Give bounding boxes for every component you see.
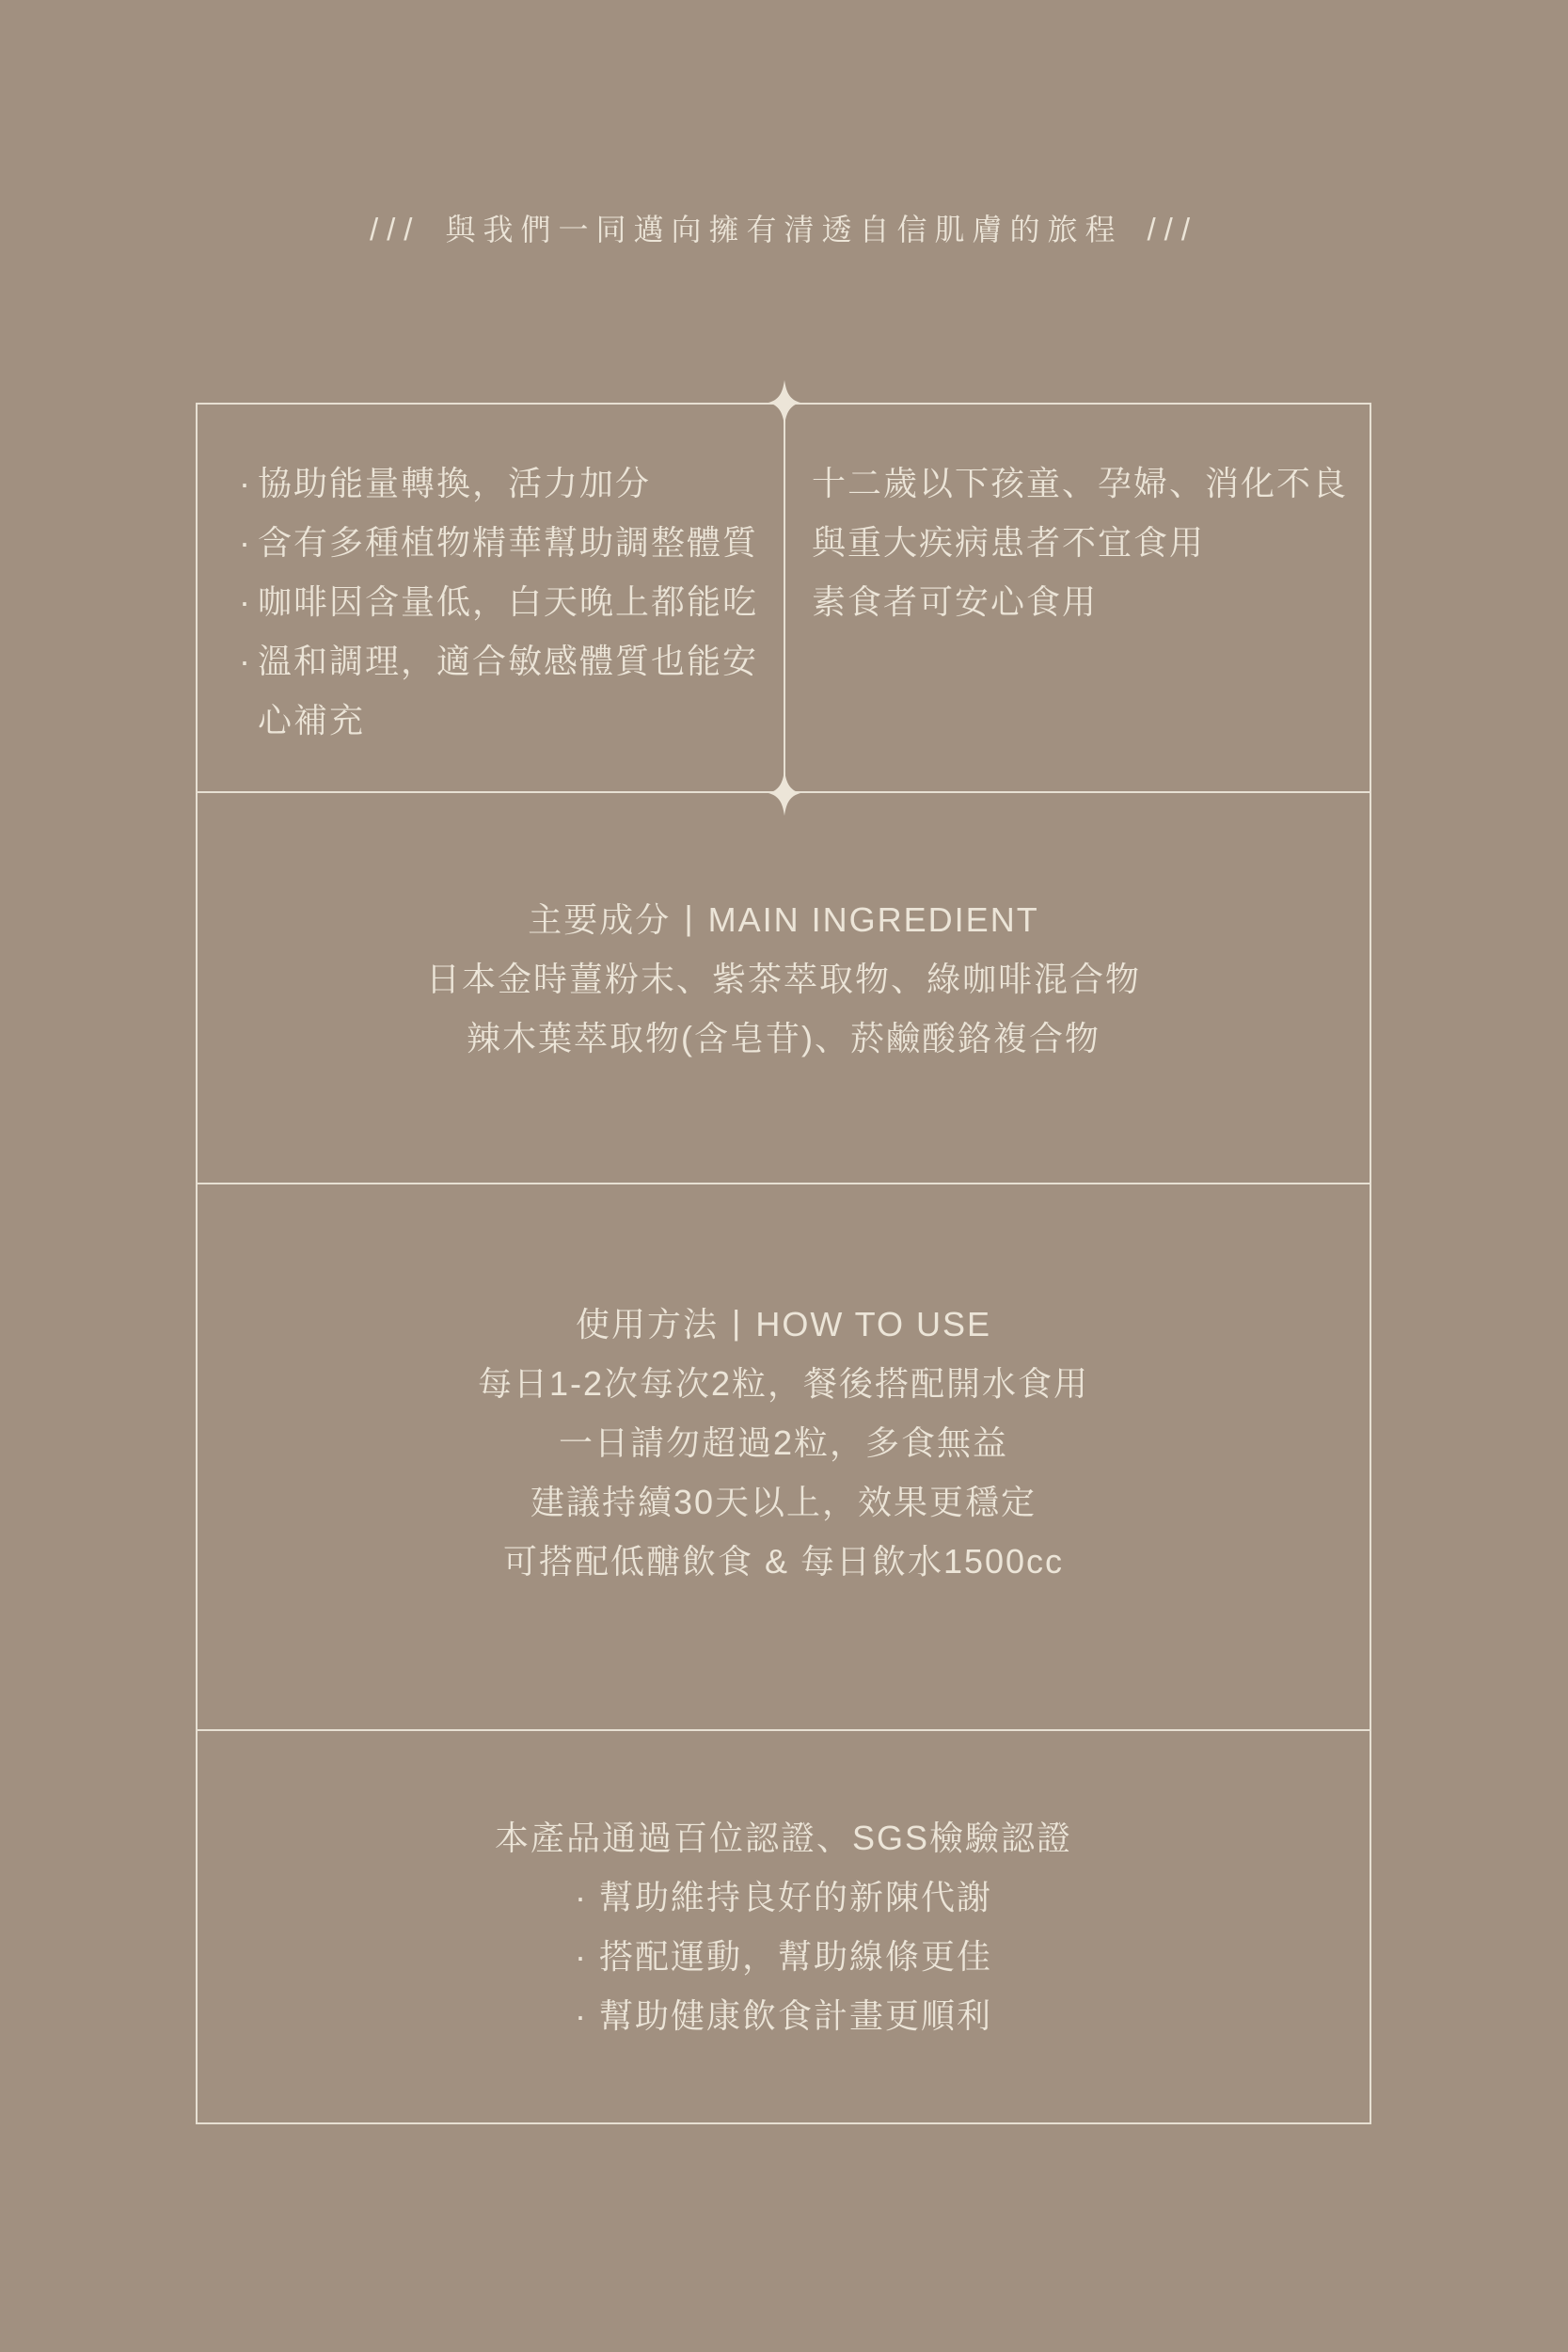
page-title: 與我們一同邁向擁有清透自信肌膚的旅程 bbox=[445, 209, 1122, 250]
usage-heading-zh: 使用方法 bbox=[576, 1305, 719, 1343]
usage-line: 可搭配低醣飲食 & 每日飲水1500cc bbox=[503, 1532, 1064, 1591]
bullet-dot: · bbox=[239, 513, 258, 572]
benefit-text: 溫和調理，適合敏感體質也能安心補充 bbox=[258, 631, 773, 750]
usage-section: 使用方法|HOW TO USE 每日1-2次每次2粒，餐後搭配開水食用 一日請勿… bbox=[198, 1184, 1370, 1731]
certification-text: 幫助維持良好的新陳代謝 bbox=[599, 1867, 992, 1927]
warning-line: 與重大疾病患者不宜食用 bbox=[812, 513, 1360, 572]
bullet-dot: · bbox=[239, 453, 258, 513]
usage-heading-en: HOW TO USE bbox=[755, 1305, 991, 1343]
usage-line: 每日1-2次每次2粒，餐後搭配開水食用 bbox=[478, 1354, 1089, 1413]
ingredient-line: 日本金時薑粉末、紫茶萃取物、綠咖啡混合物 bbox=[426, 949, 1141, 1009]
ingredient-line: 辣木葉萃取物(含皂苷)、菸鹼酸鉻複合物 bbox=[467, 1009, 1101, 1068]
benefit-text: 協助能量轉換，活力加分 bbox=[258, 453, 773, 513]
certification-section: 本產品通過百位認證、SGS檢驗認證 · 幫助維持良好的新陳代謝 · 搭配運動，幫… bbox=[198, 1731, 1370, 2122]
bullet-dot: · bbox=[575, 1986, 588, 2045]
benefit-item: · 咖啡因含量低，白天晚上都能吃 bbox=[239, 572, 784, 631]
warning-line: 素食者可安心食用 bbox=[812, 572, 1360, 631]
usage-line: 一日請勿超過2粒，多食無益 bbox=[559, 1413, 1008, 1472]
benefit-text: 含有多種植物精華幫助調整體質 bbox=[258, 513, 773, 572]
certification-item: · 幫助健康飲食計畫更順利 bbox=[575, 1986, 992, 2045]
decor-slashes-left: /// bbox=[370, 209, 421, 250]
decor-slashes-right: /// bbox=[1148, 209, 1199, 250]
ingredients-heading: 主要成分|MAIN INGREDIENT bbox=[528, 890, 1038, 949]
certification-heading: 本產品通過百位認證、SGS檢驗認證 bbox=[495, 1808, 1072, 1867]
certification-text: 搭配運動，幫助線條更佳 bbox=[599, 1927, 992, 1986]
ingredients-section: 主要成分|MAIN INGREDIENT 日本金時薑粉末、紫茶萃取物、綠咖啡混合… bbox=[198, 791, 1370, 1184]
bullet-dot: · bbox=[239, 572, 258, 631]
usage-line: 建議持續30天以上，效果更穩定 bbox=[531, 1472, 1037, 1532]
benefit-text: 咖啡因含量低，白天晚上都能吃 bbox=[258, 572, 773, 631]
certification-text: 幫助健康飲食計畫更順利 bbox=[599, 1986, 992, 2045]
certification-item: · 搭配運動，幫助線條更佳 bbox=[575, 1927, 992, 1986]
warnings-column: 十二歲以下孩童、孕婦、消化不良 與重大疾病患者不宜食用 素食者可安心食用 bbox=[785, 405, 1370, 793]
benefit-item: · 協助能量轉換，活力加分 bbox=[239, 453, 784, 513]
benefit-item: · 含有多種植物精華幫助調整體質 bbox=[239, 513, 784, 572]
usage-heading: 使用方法|HOW TO USE bbox=[576, 1295, 991, 1354]
bullet-dot: · bbox=[575, 1927, 588, 1986]
ingredients-heading-en: MAIN INGREDIENT bbox=[708, 900, 1039, 939]
benefits-warnings-section: · 協助能量轉換，活力加分 · 含有多種植物精華幫助調整體質 · 咖啡因含量低，… bbox=[198, 405, 1370, 793]
bullet-dot: · bbox=[575, 1867, 588, 1927]
ingredients-heading-zh: 主要成分 bbox=[528, 900, 671, 939]
content-panel: · 協助能量轉換，活力加分 · 含有多種植物精華幫助調整體質 · 咖啡因含量低，… bbox=[196, 403, 1371, 2124]
benefit-item: · 溫和調理，適合敏感體質也能安心補充 bbox=[239, 631, 784, 750]
product-info-page: /// 與我們一同邁向擁有清透自信肌膚的旅程 /// · 協助能量轉換，活力加分… bbox=[0, 0, 1568, 2352]
warning-line: 十二歲以下孩童、孕婦、消化不良 bbox=[812, 453, 1360, 513]
benefits-column: · 協助能量轉換，活力加分 · 含有多種植物精華幫助調整體質 · 咖啡因含量低，… bbox=[198, 405, 785, 793]
certification-item: · 幫助維持良好的新陳代謝 bbox=[575, 1867, 992, 1927]
sparkle-icon bbox=[768, 380, 800, 425]
heading-separator: | bbox=[684, 888, 694, 947]
bullet-dot: · bbox=[239, 631, 258, 691]
page-header: /// 與我們一同邁向擁有清透自信肌膚的旅程 /// bbox=[0, 209, 1568, 250]
sparkle-icon bbox=[768, 771, 800, 816]
heading-separator: | bbox=[732, 1293, 742, 1352]
